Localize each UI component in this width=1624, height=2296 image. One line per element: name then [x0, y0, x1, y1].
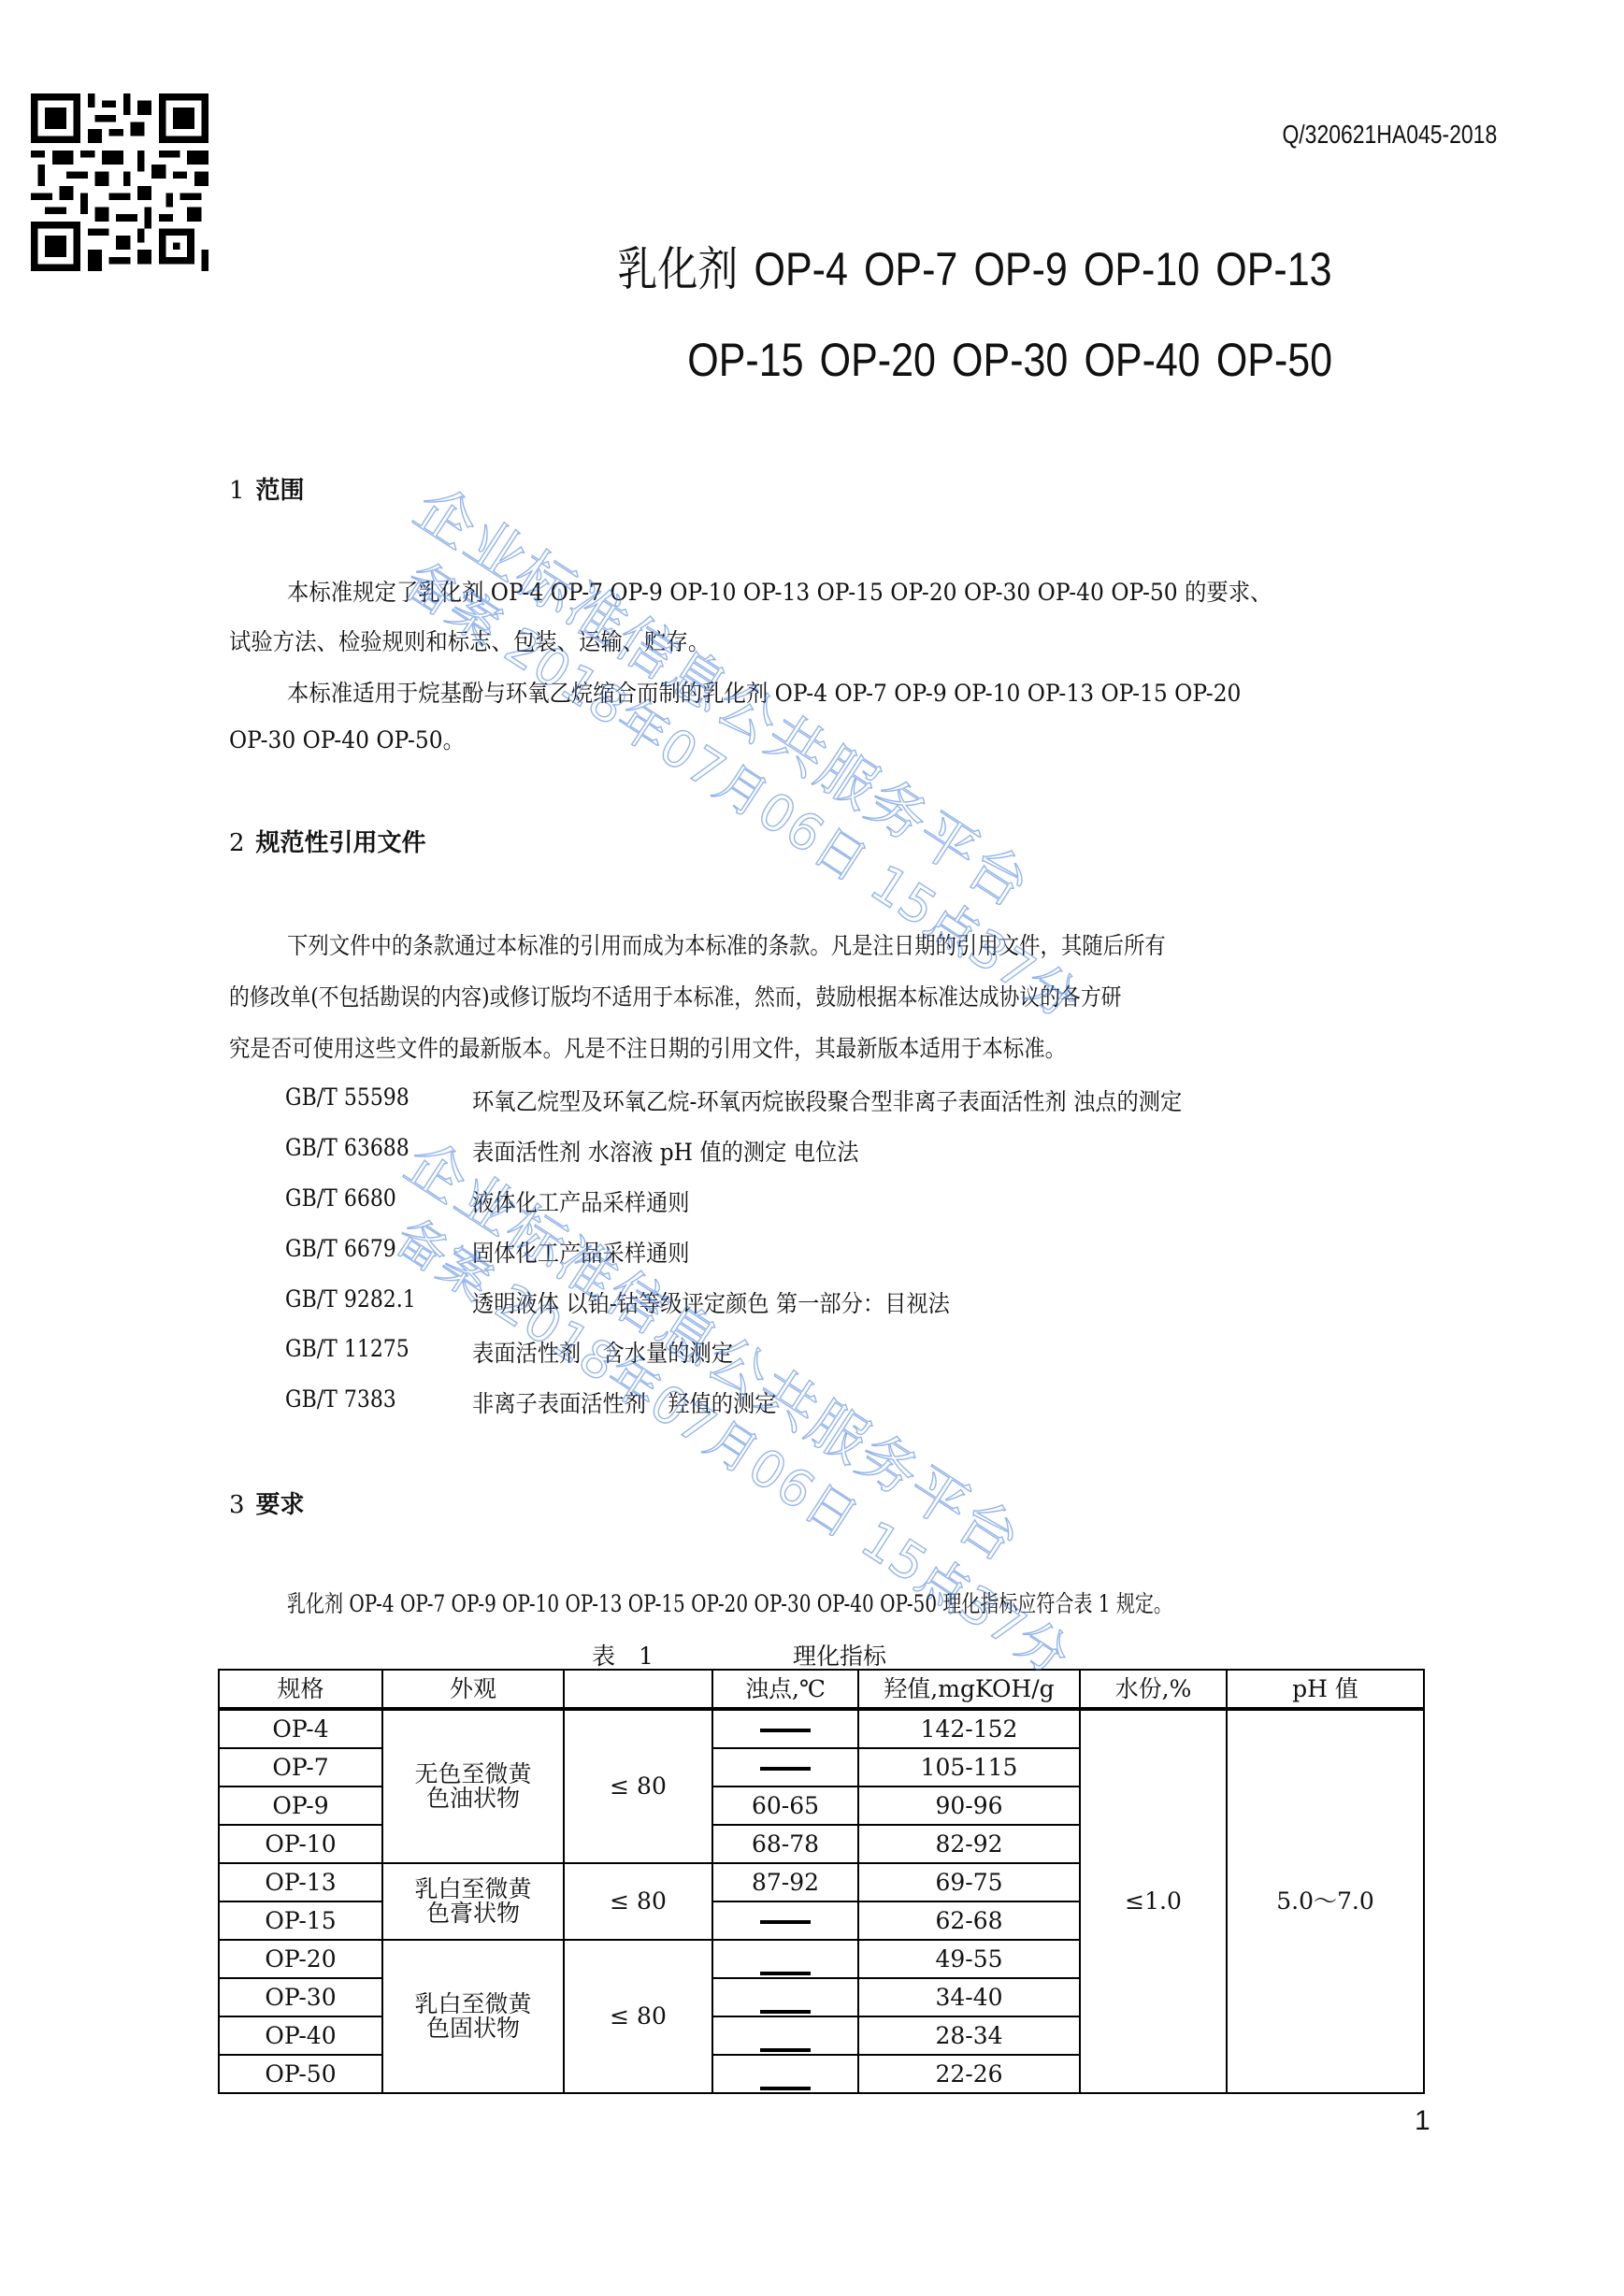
paragraph-line: 究是否可使用这些文件的最新版本。凡是不注日期的引用文件，其最新版本适用于本标准。	[229, 1030, 1066, 1064]
cell-limit: ≤ 80	[564, 1709, 712, 1863]
cell-spec: OP-13	[219, 1863, 382, 1901]
header-appearance: 外观	[382, 1670, 564, 1709]
cell-spec: OP-15	[219, 1901, 382, 1940]
appearance-line: 乳白至微黄	[414, 1990, 531, 2017]
cell-hydroxyl: 34-40	[858, 1978, 1080, 2016]
cell-spec: OP-20	[219, 1940, 382, 1978]
section-number: 1	[229, 477, 245, 505]
cell-ph: 5.0～7.0	[1227, 1709, 1424, 2093]
cell-limit: ≤ 80	[564, 1940, 712, 2093]
cell-cloud-point	[712, 1709, 858, 1748]
page-number: 1	[1415, 2105, 1430, 2137]
appearance-line: 色固状物	[426, 2015, 520, 2042]
cell-spec: OP-10	[219, 1825, 382, 1863]
cell-cloud-point	[712, 2055, 858, 2093]
table-caption-title: 理化指标	[793, 1638, 886, 1672]
section-number: 2	[229, 829, 245, 857]
paragraph-line: 的修改单(不包括勘误的内容)或修订版均不适用于本标准，然而，鼓励根据本标准达成协…	[229, 979, 1121, 1012]
cell-hydroxyl: 28-34	[858, 2016, 1080, 2055]
reference-code: GB/T 11275	[285, 1335, 410, 1362]
reference-title: 环氧乙烷型及环氧乙烷-环氧丙烷嵌段聚合型非离子表面活性剂 浊点的测定	[472, 1083, 1182, 1117]
cell-cloud-point: 68-78	[712, 1825, 858, 1863]
cell-spec: OP-9	[219, 1787, 382, 1825]
section-3-heading: 3要求	[229, 1485, 305, 1520]
cell-cloud-point: 60-65	[712, 1787, 858, 1825]
header-cloud-point: 浊点,℃	[712, 1670, 858, 1709]
table-row: OP-4 无色至微黄色油状物 ≤ 80 142-152 ≤1.0 5.0～7.0	[219, 1709, 1424, 1748]
properties-table: 规格 外观 浊点,℃ 羟值,mgKOH/g 水份,% pH 值 OP-4 无色至…	[218, 1669, 1425, 2094]
dash-icon	[760, 1767, 811, 1771]
cell-cloud-point: 87-92	[712, 1863, 858, 1901]
dash-icon	[760, 2087, 811, 2090]
appearance-line: 无色至微黄	[414, 1760, 531, 1787]
header-spec: 规格	[219, 1670, 382, 1709]
section-2-heading: 2规范性引用文件	[229, 824, 426, 858]
dash-icon	[760, 1972, 811, 1975]
paragraph-line: 本标准规定了乳化剂 OP-4 OP-7 OP-9 OP-10 OP-13 OP-…	[287, 574, 1272, 608]
reference-title: 透明液体 以铂-钴等级评定颜色 第一部分：目视法	[472, 1285, 950, 1319]
cell-cloud-point	[712, 1901, 858, 1940]
header-water: 水份,%	[1080, 1670, 1227, 1709]
cell-cloud-point	[712, 2016, 858, 2055]
cell-spec: OP-50	[219, 2055, 382, 2093]
reference-code: GB/T 6680	[285, 1184, 396, 1212]
dash-icon	[760, 1920, 811, 1924]
paragraph-line: 下列文件中的条款通过本标准的引用而成为本标准的条款。凡是注日期的引用文件，其随后…	[287, 927, 1166, 961]
reference-code: GB/T 63688	[285, 1134, 410, 1161]
section-title: 要求	[256, 1491, 305, 1519]
cell-hydroxyl: 49-55	[858, 1940, 1080, 1978]
reference-title: 非离子表面活性剂 羟值的测定	[472, 1385, 777, 1419]
dash-icon	[760, 1729, 811, 1732]
paragraph-line: 乳化剂 OP-4 OP-7 OP-9 OP-10 OP-13 OP-15 OP-…	[287, 1586, 1172, 1619]
qr-code-icon	[31, 93, 208, 271]
cell-hydroxyl: 142-152	[858, 1709, 1080, 1748]
paragraph-line: OP-30 OP-40 OP-50。	[229, 722, 465, 755]
reference-title: 表面活性剂 水溶液 pH 值的测定 电位法	[472, 1134, 858, 1168]
reference-code: GB/T 9282.1	[285, 1285, 416, 1313]
cell-hydroxyl: 22-26	[858, 2055, 1080, 2093]
paragraph-line: 试验方法、检验规则和标志、包装、运输、贮存。	[229, 624, 710, 657]
cell-appearance: 无色至微黄色油状物	[382, 1709, 564, 1863]
cell-hydroxyl: 82-92	[858, 1825, 1080, 1863]
header-blank	[564, 1670, 712, 1709]
dash-icon	[760, 2048, 811, 2052]
cell-cloud-point	[712, 1748, 858, 1787]
cell-cloud-point	[712, 1940, 858, 1978]
reference-code: GB/T 55598	[285, 1083, 410, 1111]
cell-limit: ≤ 80	[564, 1863, 712, 1940]
table-caption-number: 表 1	[592, 1638, 654, 1672]
appearance-line: 色膏状物	[426, 1900, 520, 1927]
cell-appearance: 乳白至微黄色膏状物	[382, 1863, 564, 1940]
cell-hydroxyl: 105-115	[858, 1748, 1080, 1787]
reference-title: 表面活性剂 含水量的测定	[472, 1335, 733, 1369]
cell-cloud-point	[712, 1978, 858, 2016]
document-code: Q/320621HA045-2018	[1282, 120, 1497, 150]
reference-title: 液体化工产品采样通则	[472, 1184, 690, 1218]
document-title-line1: 乳化剂 OP-4 OP-7 OP-9 OP-10 OP-13	[618, 232, 1332, 299]
section-1-heading: 1范围	[229, 471, 305, 506]
document-title-line2: OP-15 OP-20 OP-30 OP-40 OP-50	[687, 333, 1332, 387]
header-hydroxyl: 羟值,mgKOH/g	[858, 1670, 1080, 1709]
cell-spec: OP-40	[219, 2016, 382, 2055]
table-header-row: 规格 外观 浊点,℃ 羟值,mgKOH/g 水份,% pH 值	[219, 1670, 1424, 1709]
cell-spec: OP-30	[219, 1978, 382, 2016]
appearance-line: 色油状物	[426, 1785, 520, 1812]
section-title: 范围	[256, 477, 305, 505]
dash-icon	[760, 2010, 811, 2014]
section-title: 规范性引用文件	[256, 829, 426, 857]
reference-code: GB/T 7383	[285, 1385, 396, 1413]
cell-spec: OP-7	[219, 1748, 382, 1787]
header-ph: pH 值	[1227, 1670, 1424, 1709]
cell-hydroxyl: 62-68	[858, 1901, 1080, 1940]
cell-water: ≤1.0	[1080, 1709, 1227, 2093]
paragraph-line: 本标准适用于烷基酚与环氧乙烷缩合而制的乳化剂 OP-4 OP-7 OP-9 OP…	[287, 675, 1241, 709]
cell-appearance: 乳白至微黄色固状物	[382, 1940, 564, 2093]
reference-code: GB/T 6679	[285, 1235, 396, 1262]
cell-hydroxyl: 90-96	[858, 1787, 1080, 1825]
section-number: 3	[229, 1491, 245, 1519]
appearance-line: 乳白至微黄	[414, 1875, 531, 1902]
cell-hydroxyl: 69-75	[858, 1863, 1080, 1901]
cell-spec: OP-4	[219, 1709, 382, 1748]
reference-title: 固体化工产品采样通则	[472, 1235, 690, 1269]
